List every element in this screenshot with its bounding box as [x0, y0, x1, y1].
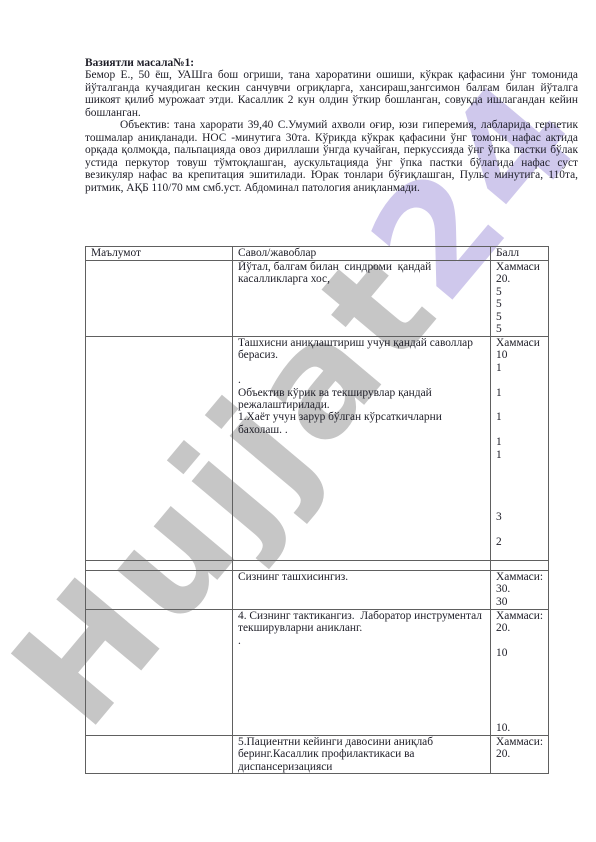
table-cell-question: 5.Пациентни кейинги давосини аниқлаббери…: [233, 735, 491, 773]
table-row: Сизнинг ташхисингиз.Хаммаси:30.30: [86, 570, 549, 609]
table-row: Ташхисни аниқлаштириш учун қандай саволл…: [86, 336, 549, 560]
score-line: [496, 523, 544, 535]
table-cell-question: Сизнинг ташхисингиз.: [233, 570, 491, 609]
question-line: Ташхисни аниқлаштириш учун қандай саволл…: [238, 337, 486, 349]
score-line: [496, 374, 544, 386]
table-cell-info: [86, 570, 233, 609]
question-line: Объектив кўрик ва текширувлар қандай: [238, 387, 486, 399]
score-line: 1: [496, 449, 544, 461]
question-line: .: [238, 374, 486, 386]
question-line: касалликларга хос,: [238, 273, 486, 285]
table-cell-question: [233, 560, 491, 570]
score-line: 20.: [496, 748, 544, 760]
table-cell-score: Хаммаси:30.30: [491, 570, 549, 609]
document-page: Вазиятли масала№1: Бемор Е., 50 ёш, УАШг…: [85, 57, 578, 774]
table-cell-score: Хаммаси:20.: [491, 735, 549, 773]
column-header-score: Балл: [491, 246, 549, 260]
table-cell-info: [86, 336, 233, 560]
score-line: Хаммаси: [496, 261, 544, 273]
question-line: бахолаш. .: [238, 424, 486, 436]
question-line: 4. Сизнинг тактикангиз. Лаборатор инстру…: [238, 610, 486, 622]
score-line: [496, 424, 544, 436]
question-line: режалаштирилади.: [238, 399, 486, 411]
score-line: 5: [496, 286, 544, 298]
table-row: 5.Пациентни кейинги давосини аниқлаббери…: [86, 735, 549, 773]
table-header-row: Маълумот Савол/жавоблар Балл: [86, 246, 549, 260]
score-line: 1: [496, 436, 544, 448]
score-line: [496, 697, 544, 709]
column-header-questions: Савол/жавоблар: [233, 246, 491, 260]
score-line: 20.: [496, 273, 544, 285]
score-line: 20.: [496, 622, 544, 634]
score-line: 30.: [496, 583, 544, 595]
score-line: [496, 461, 544, 473]
score-line: 2: [496, 536, 544, 548]
question-line: беринг.Касаллик профилактикаси ва: [238, 748, 486, 760]
score-line: [496, 486, 544, 498]
question-line: Сизнинг ташхисингиз.: [238, 571, 486, 583]
score-line: [496, 474, 544, 486]
score-line: [496, 660, 544, 672]
assessment-table: Маълумот Савол/жавоблар Балл Йўтал, балг…: [85, 246, 549, 774]
case-paragraph: Объектив: тана харорати 39,40 С.Умумий а…: [85, 119, 578, 194]
question-line: .: [238, 635, 486, 647]
score-line: Хаммаси:: [496, 736, 544, 748]
table-cell-score: [491, 560, 549, 570]
score-line: Хаммаси:: [496, 610, 544, 622]
table-cell-info: [86, 560, 233, 570]
table-cell-question: 4. Сизнинг тактикангиз. Лаборатор инстру…: [233, 609, 491, 735]
table-cell-score: Хаммаси:20.1010.: [491, 609, 549, 735]
score-line: 1: [496, 411, 544, 423]
question-line: [238, 362, 486, 374]
case-title: Вазиятли масала№1:: [85, 57, 578, 69]
question-line: текширувларни аникланг.: [238, 622, 486, 634]
question-line: берасиз.: [238, 349, 486, 361]
score-line: Хаммаси: [496, 337, 544, 349]
case-description: Бемор Е., 50 ёш, УАШга бош огриши, тана …: [85, 69, 578, 194]
question-line: 1.Хаёт учун зарур бўлган кўрсаткичларни: [238, 411, 486, 423]
score-line: [496, 635, 544, 647]
table-cell-info: [86, 609, 233, 735]
score-line: 3: [496, 511, 544, 523]
score-line: 1: [496, 362, 544, 374]
table-cell-score: Хаммаси20.5555: [491, 260, 549, 336]
table-row: Йўтал, балгам билан синдроми қандайкасал…: [86, 260, 549, 336]
table-row: [86, 560, 549, 570]
score-line: [496, 709, 544, 721]
table-cell-question: Йўтал, балгам билан синдроми қандайкасал…: [233, 260, 491, 336]
score-line: [496, 399, 544, 411]
question-line: Йўтал, балгам билан синдроми қандай: [238, 261, 486, 273]
score-line: [496, 684, 544, 696]
score-line: Хаммаси:: [496, 571, 544, 583]
score-line: [496, 499, 544, 511]
table-cell-info: [86, 260, 233, 336]
case-paragraph: Бемор Е., 50 ёш, УАШга бош огриши, тана …: [85, 69, 578, 119]
score-line: 5: [496, 323, 544, 335]
table-cell-question: Ташхисни аниқлаштириш учун қандай саволл…: [233, 336, 491, 560]
score-line: 5: [496, 311, 544, 323]
score-line: 10.: [496, 722, 544, 734]
score-line: 10: [496, 647, 544, 659]
question-line: диспансеризацияси: [238, 761, 486, 773]
score-line: 5: [496, 298, 544, 310]
table-cell-info: [86, 735, 233, 773]
score-line: 30: [496, 596, 544, 608]
column-header-info: Маълумот: [86, 246, 233, 260]
score-line: 10: [496, 349, 544, 361]
question-line: 5.Пациентни кейинги давосини аниқлаб: [238, 736, 486, 748]
score-line: 1: [496, 387, 544, 399]
table-cell-score: Хаммаси101111132: [491, 336, 549, 560]
score-line: [496, 672, 544, 684]
table-row: 4. Сизнинг тактикангиз. Лаборатор инстру…: [86, 609, 549, 735]
